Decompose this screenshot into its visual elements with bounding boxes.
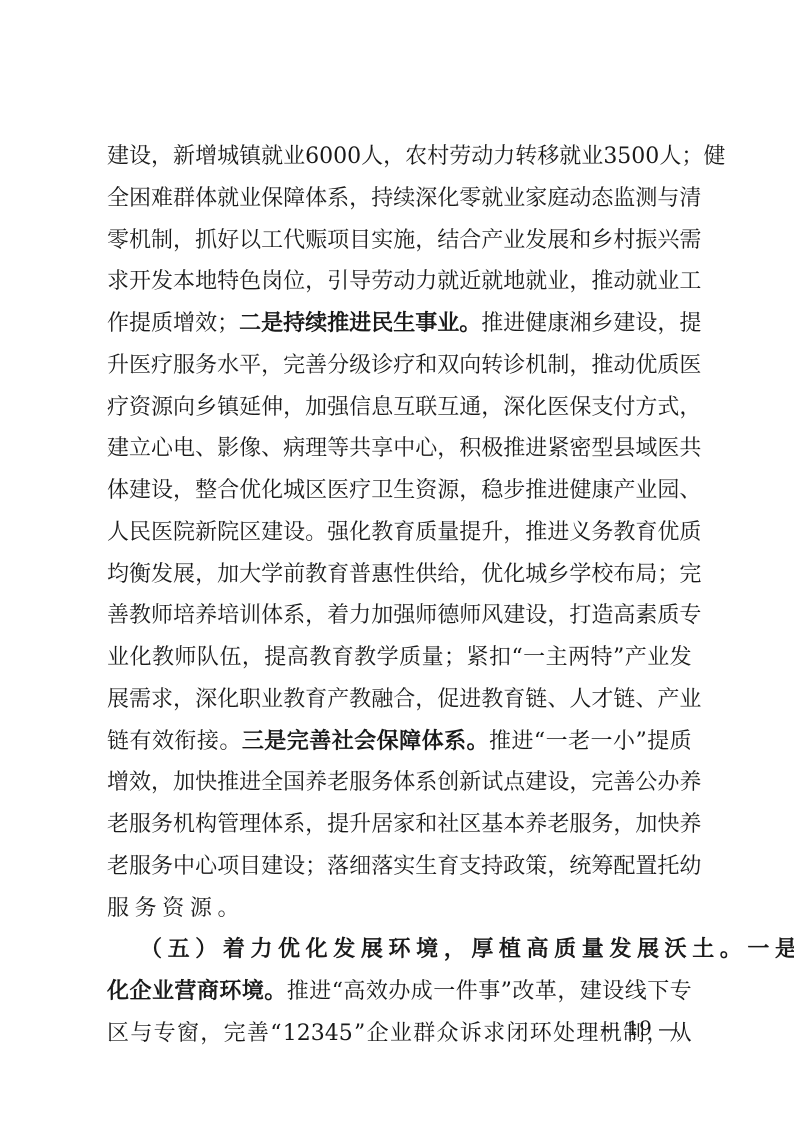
text-char: 好 bbox=[217, 220, 239, 262]
text-char: 事 bbox=[478, 971, 500, 1013]
bold-text-char: 善 bbox=[309, 721, 331, 763]
text-char: 进 bbox=[511, 721, 533, 763]
text-char: 支 bbox=[591, 387, 613, 429]
bold-text-char: 厚 bbox=[471, 929, 493, 971]
bold-text-char: 业 bbox=[437, 303, 459, 345]
text-char: 育 bbox=[437, 846, 459, 888]
text-char: 化 bbox=[525, 387, 547, 429]
text-char: 疗 bbox=[107, 387, 129, 429]
text-char: 资 bbox=[129, 387, 151, 429]
text-char: 12345 bbox=[283, 1013, 353, 1055]
text-char: 衡 bbox=[129, 554, 151, 596]
text-char: 完 bbox=[679, 554, 701, 596]
text-char: 国 bbox=[283, 762, 305, 804]
text-char: 域 bbox=[635, 428, 657, 470]
bold-text-char: 一 bbox=[747, 929, 769, 971]
text-char: 融 bbox=[371, 679, 393, 721]
text-char: 体 bbox=[305, 178, 327, 220]
text-char: 政 bbox=[503, 846, 525, 888]
text-char: 产 bbox=[625, 637, 647, 679]
text-char: 全 bbox=[261, 762, 283, 804]
text-char: 卫 bbox=[371, 470, 393, 512]
text-char: 全 bbox=[107, 178, 129, 220]
text-char: 、 bbox=[547, 679, 569, 721]
text-char: 教 bbox=[349, 679, 371, 721]
text-char: 效 bbox=[152, 721, 174, 763]
text-char: 。 bbox=[305, 512, 327, 554]
text-char: 深 bbox=[195, 679, 217, 721]
text-char: 动 bbox=[471, 136, 493, 178]
text-char: 线 bbox=[625, 971, 647, 1013]
text-char: 庭 bbox=[547, 178, 569, 220]
text-char: 升 bbox=[349, 804, 371, 846]
text-char: 位 bbox=[283, 261, 305, 303]
text-char: 与 bbox=[657, 178, 679, 220]
text-char: 就 bbox=[481, 261, 503, 303]
bold-text-char: 是 bbox=[264, 721, 286, 763]
text-char: 托 bbox=[657, 846, 679, 888]
text-char: 效 bbox=[195, 303, 217, 345]
text-char: 化 bbox=[129, 637, 151, 679]
text-char: 疗 bbox=[393, 345, 415, 387]
text-char: 劳 bbox=[371, 261, 393, 303]
text-char: 化 bbox=[217, 679, 239, 721]
text-char: 成 bbox=[411, 971, 433, 1013]
bold-text-char: 着 bbox=[223, 929, 245, 971]
text-char: 展 bbox=[547, 220, 569, 262]
text-char: ， bbox=[283, 387, 305, 429]
text-char: 诊 bbox=[371, 345, 393, 387]
text-char: 均 bbox=[107, 554, 129, 596]
text-char: ， bbox=[679, 387, 701, 429]
text-char: 监 bbox=[613, 178, 635, 220]
text-char: 强 bbox=[327, 512, 349, 554]
text-char: 着 bbox=[327, 595, 349, 637]
text-char: 发 bbox=[151, 261, 173, 303]
text-char: 双 bbox=[437, 345, 459, 387]
text-char: 下 bbox=[647, 971, 669, 1013]
text-char: 业 bbox=[657, 261, 679, 303]
text-char: 教 bbox=[371, 512, 393, 554]
text-char: 务 bbox=[371, 762, 393, 804]
text-char: 和 bbox=[415, 804, 437, 846]
text-line: 老服务机构管理体系，提升居家和社区基本养老服务，加快养 bbox=[107, 804, 692, 846]
text-char: 转 bbox=[481, 345, 503, 387]
text-char: 式 bbox=[657, 387, 679, 429]
text-char: 试 bbox=[481, 762, 503, 804]
bold-text-char: 植 bbox=[499, 929, 521, 971]
text-char: 服 bbox=[129, 804, 151, 846]
text-char: 闭 bbox=[506, 1013, 528, 1055]
text-char: 生 bbox=[393, 470, 415, 512]
text-char: 合 bbox=[393, 679, 415, 721]
text-char: 需 bbox=[129, 679, 151, 721]
text-char: 建 bbox=[580, 971, 602, 1013]
text-char: 互 bbox=[437, 387, 459, 429]
text-char: ， bbox=[613, 804, 635, 846]
text-char: “ bbox=[332, 971, 343, 1013]
text-char: 紧 bbox=[467, 637, 489, 679]
bold-text-char: 体 bbox=[422, 721, 444, 763]
text-char: 养 bbox=[195, 595, 217, 637]
text-char: 专 bbox=[154, 1013, 176, 1055]
bold-text-char: 境 bbox=[242, 971, 264, 1013]
text-char: 就 bbox=[525, 261, 547, 303]
text-char: 大 bbox=[239, 554, 261, 596]
text-char: 善 bbox=[247, 1013, 269, 1055]
text-char: 3500 bbox=[603, 136, 659, 178]
text-char: 目 bbox=[349, 220, 371, 262]
text-char: 深 bbox=[503, 387, 525, 429]
text-char: 设 bbox=[602, 971, 624, 1013]
text-char: 院 bbox=[173, 512, 195, 554]
bold-text-char: 社 bbox=[332, 721, 354, 763]
text-char: 革 bbox=[535, 971, 557, 1013]
text-char: 农 bbox=[405, 136, 427, 178]
text-char: 促 bbox=[437, 679, 459, 721]
bold-text-char: 五 bbox=[168, 929, 190, 971]
text-char: 保 bbox=[261, 178, 283, 220]
text-char: 建 bbox=[525, 762, 547, 804]
bold-text-char: 障 bbox=[399, 721, 421, 763]
text-char: 机 bbox=[173, 804, 195, 846]
text-char: 、 bbox=[195, 428, 217, 470]
text-char: 人 bbox=[569, 679, 591, 721]
text-char: 效 bbox=[129, 762, 151, 804]
bold-text-char: ） bbox=[195, 929, 217, 971]
text-char: 求 bbox=[483, 1013, 505, 1055]
text-char: 区 bbox=[459, 804, 481, 846]
text-char: 建 bbox=[503, 595, 525, 637]
text-char: 心 bbox=[415, 428, 437, 470]
text-char: 结 bbox=[437, 220, 459, 262]
text-char: 设 bbox=[283, 512, 305, 554]
text-char: 推 bbox=[287, 971, 309, 1013]
text-char: ； bbox=[681, 136, 703, 178]
text-char: 业 bbox=[239, 178, 261, 220]
text-char: 加 bbox=[635, 804, 657, 846]
text-char: 系 bbox=[283, 804, 305, 846]
text-char: 接 bbox=[197, 721, 219, 763]
text-char: 诉 bbox=[460, 1013, 482, 1055]
text-char: 工 bbox=[679, 261, 701, 303]
bold-text-char: 完 bbox=[287, 721, 309, 763]
text-char: 村 bbox=[613, 220, 635, 262]
text-char: 强 bbox=[393, 595, 415, 637]
text-char: 优 bbox=[635, 345, 657, 387]
text-char: 整 bbox=[195, 470, 217, 512]
text-char: 导 bbox=[349, 261, 371, 303]
text-char: 务 bbox=[591, 804, 613, 846]
text-char: 产 bbox=[613, 470, 635, 512]
text-char: 训 bbox=[239, 595, 261, 637]
text-char: 步 bbox=[503, 470, 525, 512]
text-char: 体 bbox=[261, 804, 283, 846]
text-char: 创 bbox=[437, 762, 459, 804]
text-char: 改 bbox=[512, 971, 534, 1013]
text-char: 进 bbox=[503, 303, 525, 345]
text-char: 诊 bbox=[503, 345, 525, 387]
text-char: 人 bbox=[361, 136, 383, 178]
text-char: 民 bbox=[129, 512, 151, 554]
text-char: 人 bbox=[107, 512, 129, 554]
text-char: 力 bbox=[415, 261, 437, 303]
text-line: 均衡发展，加大学前教育普惠性供给，优化城乡学校布局；完 bbox=[107, 554, 692, 596]
text-char: 务 bbox=[591, 512, 613, 554]
bold-text-char: 民 bbox=[371, 303, 393, 345]
text-char: 平 bbox=[239, 345, 261, 387]
text-char: ， bbox=[200, 1013, 222, 1055]
text-char: 乡 bbox=[195, 387, 217, 429]
text-char: 深 bbox=[415, 178, 437, 220]
text-char: 设 bbox=[283, 846, 305, 888]
text-char: 化 bbox=[261, 470, 283, 512]
text-line: 建立心电、影像、病理等共享中心，积极推进紧密型县域医共 bbox=[107, 428, 692, 470]
text-char: 动 bbox=[569, 178, 591, 220]
text-char: 就 bbox=[217, 178, 239, 220]
text-char: 互 bbox=[393, 387, 415, 429]
text-char: 项 bbox=[327, 220, 349, 262]
text-char: 需 bbox=[679, 220, 701, 262]
text-char: 近 bbox=[459, 261, 481, 303]
text-char: ， bbox=[569, 261, 591, 303]
text-char: 加 bbox=[305, 387, 327, 429]
text-char: 城 bbox=[217, 136, 239, 178]
text-char: 医 bbox=[679, 345, 701, 387]
text-char: 信 bbox=[349, 387, 371, 429]
text-char: ” bbox=[501, 971, 512, 1013]
text-char: 主 bbox=[546, 637, 568, 679]
text-char: 升 bbox=[481, 512, 503, 554]
text-char: 专 bbox=[670, 971, 692, 1013]
text-char: 化 bbox=[437, 178, 459, 220]
text-char: 处 bbox=[553, 1013, 575, 1055]
text-char: 队 bbox=[197, 637, 219, 679]
text-char: “ bbox=[270, 1013, 281, 1055]
text-char: 等 bbox=[327, 428, 349, 470]
text-char: 老 bbox=[107, 804, 129, 846]
text-char: 件 bbox=[456, 971, 478, 1013]
text-char: 特 bbox=[217, 261, 239, 303]
text-char: 教 bbox=[481, 679, 503, 721]
text-char: 续 bbox=[393, 178, 415, 220]
text-char: 善 bbox=[107, 595, 129, 637]
document-body: 建设，新增城镇就业6000人，农村劳动力转移就业3500人；健全困难群体就业保障… bbox=[107, 136, 692, 1055]
text-char: 加 bbox=[371, 595, 393, 637]
text-char: 服 bbox=[569, 804, 591, 846]
text-char: 合 bbox=[459, 220, 481, 262]
text-char: 性 bbox=[393, 554, 415, 596]
text-char: 一 bbox=[546, 721, 568, 763]
text-char: 付 bbox=[613, 387, 635, 429]
text-char: ， bbox=[261, 345, 283, 387]
text-char: 特 bbox=[591, 637, 613, 679]
text-char: 医 bbox=[657, 428, 679, 470]
text-line: 全困难群体就业保障体系，持续深化零就业家庭动态监测与清 bbox=[107, 178, 692, 220]
text-char: “ bbox=[511, 637, 522, 679]
text-char: 前 bbox=[283, 554, 305, 596]
text-char: 完 bbox=[224, 1013, 246, 1055]
text-char: 引 bbox=[327, 261, 349, 303]
text-char: 增 bbox=[195, 136, 217, 178]
text-char: 企 bbox=[367, 1013, 389, 1055]
text-line: 建设，新增城镇就业6000人，农村劳动力转移就业3500人；健 bbox=[107, 136, 692, 178]
text-char: 增 bbox=[173, 303, 195, 345]
text-char: 职 bbox=[239, 679, 261, 721]
text-char: 展 bbox=[173, 554, 195, 596]
text-char: 风 bbox=[481, 595, 503, 637]
text-char: 建 bbox=[129, 470, 151, 512]
text-char: 业 bbox=[503, 220, 525, 262]
text-char: 系 bbox=[327, 178, 349, 220]
text-char: 岗 bbox=[261, 261, 283, 303]
text-char: 系 bbox=[415, 762, 437, 804]
text-char: ， bbox=[547, 846, 569, 888]
text-char: 提 bbox=[647, 721, 669, 763]
text-char: 社 bbox=[437, 804, 459, 846]
text-char: 优 bbox=[239, 470, 261, 512]
text-char: 完 bbox=[283, 345, 305, 387]
text-char: ， bbox=[305, 804, 327, 846]
text-char: 态 bbox=[591, 178, 613, 220]
text-char: 优 bbox=[657, 512, 679, 554]
text-char: 布 bbox=[613, 554, 635, 596]
text-char: 链 bbox=[107, 721, 129, 763]
text-char: 群 bbox=[413, 1013, 435, 1055]
text-char: 动 bbox=[393, 261, 415, 303]
text-char: 质 bbox=[679, 512, 701, 554]
text-char: 代 bbox=[283, 220, 305, 262]
text-char: 师 bbox=[174, 637, 196, 679]
text-char: 推 bbox=[217, 762, 239, 804]
text-char: 点 bbox=[503, 762, 525, 804]
bold-text-char: 展 bbox=[637, 929, 659, 971]
text-char: 困 bbox=[129, 178, 151, 220]
text-char: 服 bbox=[129, 846, 151, 888]
text-char: 持 bbox=[481, 846, 503, 888]
text-char: 机 bbox=[129, 220, 151, 262]
text-char: 推 bbox=[525, 470, 547, 512]
text-char: 推 bbox=[489, 721, 511, 763]
text-char: 分 bbox=[327, 345, 349, 387]
text-char: 化 bbox=[503, 554, 525, 596]
text-char: 高 bbox=[343, 971, 365, 1013]
text-char: 区 bbox=[107, 1013, 129, 1055]
text-char: 强 bbox=[327, 387, 349, 429]
bold-text-char: 业 bbox=[152, 971, 174, 1013]
text-char: 区 bbox=[239, 512, 261, 554]
text-char: 教 bbox=[613, 512, 635, 554]
text-char: 健 bbox=[569, 470, 591, 512]
text-char: 完 bbox=[591, 762, 613, 804]
text-char: 求 bbox=[151, 679, 173, 721]
text-char: 老 bbox=[568, 721, 590, 763]
text-char: ， bbox=[459, 470, 481, 512]
text-char: 地 bbox=[503, 261, 525, 303]
text-char: 落 bbox=[371, 846, 393, 888]
text-char: 新 bbox=[459, 762, 481, 804]
bold-text-char: 商 bbox=[197, 971, 219, 1013]
text-char: 就 bbox=[559, 136, 581, 178]
text-char: 资 bbox=[415, 470, 437, 512]
bold-text-char: 是 bbox=[261, 303, 283, 345]
text-char: 伸 bbox=[261, 387, 283, 429]
bold-text-char: 生 bbox=[393, 303, 415, 345]
text-char: 区 bbox=[305, 470, 327, 512]
text-char: 进 bbox=[525, 428, 547, 470]
text-char: 建 bbox=[261, 512, 283, 554]
text-line: 人民医院新院区建设。强化教育质量提升，推进义务教育优质 bbox=[107, 512, 692, 554]
text-char: 体 bbox=[393, 762, 415, 804]
text-char: 紧 bbox=[547, 428, 569, 470]
text-char: 培 bbox=[217, 595, 239, 637]
text-char: 康 bbox=[547, 303, 569, 345]
text-char: 理 bbox=[239, 804, 261, 846]
text-char: 育 bbox=[635, 512, 657, 554]
text-char: 幼 bbox=[679, 846, 701, 888]
bold-text-char: （ bbox=[140, 929, 162, 971]
text-char: 振 bbox=[635, 220, 657, 262]
text-char: 伍 bbox=[219, 637, 241, 679]
text-char: 合 bbox=[217, 470, 239, 512]
text-char: 就 bbox=[437, 261, 459, 303]
bold-text-char: 土 bbox=[692, 929, 714, 971]
text-line: 作提质增效；二是持续推进民生事业。推进健康湘乡建设，提 bbox=[107, 303, 692, 345]
text-char: 乡 bbox=[591, 303, 613, 345]
text-char: 普 bbox=[349, 554, 371, 596]
bold-text-char: 推 bbox=[327, 303, 349, 345]
text-char: ， bbox=[173, 220, 195, 262]
text-char: 体 bbox=[107, 470, 129, 512]
text-char: 机 bbox=[525, 345, 547, 387]
text-char: 设 bbox=[635, 303, 657, 345]
text-char: 向 bbox=[459, 345, 481, 387]
text-char: 工 bbox=[261, 220, 283, 262]
text-char: 务 bbox=[195, 345, 217, 387]
text-char: 支 bbox=[459, 846, 481, 888]
text-char: 快 bbox=[195, 762, 217, 804]
bold-text-char: 事 bbox=[415, 303, 437, 345]
text-char: 地 bbox=[195, 261, 217, 303]
text-char: 生 bbox=[415, 846, 437, 888]
text-char: 推 bbox=[591, 261, 613, 303]
text-char: ， bbox=[569, 345, 591, 387]
text-char: 育 bbox=[305, 679, 327, 721]
text-char: ， bbox=[173, 470, 195, 512]
text-char: 医 bbox=[547, 387, 569, 429]
bold-text-char: 优 bbox=[278, 929, 300, 971]
text-char: 老 bbox=[547, 804, 569, 846]
text-char: 极 bbox=[481, 428, 503, 470]
text-char: 建 bbox=[107, 428, 129, 470]
text-char: 设 bbox=[547, 762, 569, 804]
text-char: 健 bbox=[525, 303, 547, 345]
bold-text-char: 量 bbox=[582, 929, 604, 971]
text-char: 发 bbox=[525, 220, 547, 262]
text-char: 业 bbox=[107, 637, 129, 679]
bold-text-char: 高 bbox=[527, 929, 549, 971]
text-char: 息 bbox=[371, 387, 393, 429]
text-char: 就 bbox=[261, 136, 283, 178]
text-char: 医 bbox=[129, 345, 151, 387]
text-char: 康 bbox=[591, 470, 613, 512]
text-char: ， bbox=[657, 303, 679, 345]
text-char: 联 bbox=[415, 387, 437, 429]
text-char: ， bbox=[481, 387, 503, 429]
text-char: 提 bbox=[129, 303, 151, 345]
text-char: 养 bbox=[525, 804, 547, 846]
text-char: 像 bbox=[239, 428, 261, 470]
